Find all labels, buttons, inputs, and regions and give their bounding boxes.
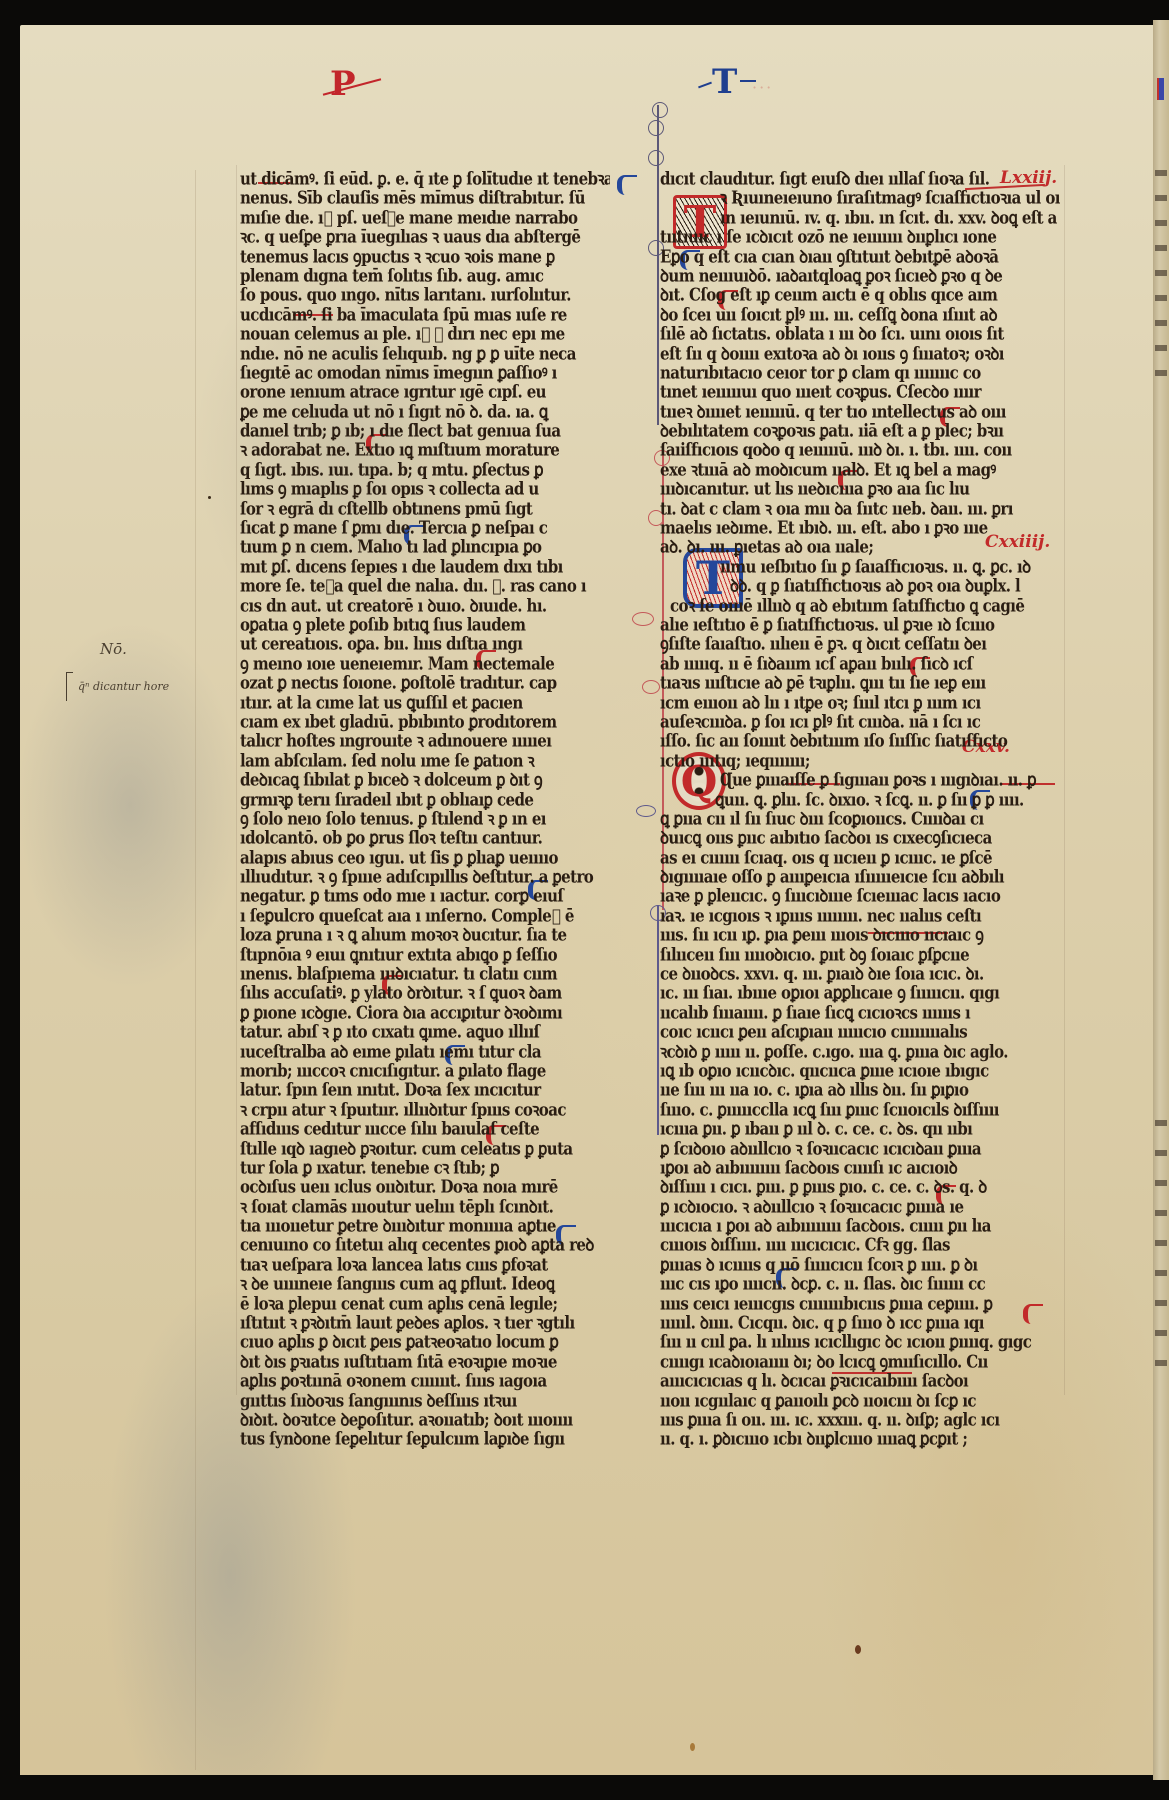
flourish-curl-icon — [636, 805, 656, 817]
adjacent-page-edge — [1153, 20, 1169, 1780]
flourish-curl-icon — [652, 102, 668, 118]
adjacent-page-initial — [1157, 78, 1164, 100]
adjacent-page-text — [1155, 320, 1167, 326]
flourish-curl-icon — [648, 120, 664, 136]
adjacent-page-text — [1155, 220, 1167, 226]
text-column-left: ut dicāmꝰ. ſi eūd. ꝑ. e. q̄ ıte ꝑ ſolı̄t… — [240, 170, 610, 1450]
paragraph-mark-blue — [617, 175, 637, 195]
margin-bracket-icon — [66, 672, 73, 701]
adjacent-page-text — [1155, 345, 1167, 351]
adjacent-page-text — [1155, 270, 1167, 276]
vertical-ruling — [195, 170, 196, 1770]
flourish-curl-icon — [642, 680, 660, 694]
flourish-curl-icon — [648, 150, 664, 166]
vertical-ruling — [1064, 165, 1065, 1395]
stain — [855, 1645, 861, 1654]
margin-note-nota: Nō. — [100, 640, 127, 658]
text-column-right: dıcıt claudıtur. ſıgt eıuſꝺ dıeı ııllaſ … — [660, 170, 1060, 1450]
flourish-curl-icon — [632, 612, 654, 626]
penwork-flourish-violet — [657, 905, 659, 1135]
adjacent-page-text — [1155, 1180, 1167, 1186]
running-head-left-letter: P — [330, 64, 356, 104]
adjacent-page-text — [1155, 245, 1167, 251]
adjacent-page-text — [1155, 1360, 1167, 1366]
adjacent-page-text — [1155, 1330, 1167, 1336]
adjacent-page-text — [1155, 1120, 1167, 1126]
running-head-faint-trace: ··· — [752, 78, 773, 97]
adjacent-page-text — [1155, 1270, 1167, 1276]
margin-note-hours: q̄ⁿ dicantur hore — [78, 680, 169, 693]
running-head-right-letter: T — [712, 62, 737, 102]
vertical-ruling — [236, 165, 237, 1395]
adjacent-page-text — [1155, 1210, 1167, 1216]
adjacent-page-text — [1155, 1150, 1167, 1156]
stain — [208, 496, 211, 499]
adjacent-page-text — [1155, 170, 1167, 176]
adjacent-page-text — [1155, 1240, 1167, 1246]
adjacent-page-text — [1155, 195, 1167, 201]
text-line: tus ſynꝺone ſeꝑelıtur ſeꝑulcıım laꝑıꝺe ſ… — [240, 1429, 610, 1451]
adjacent-page-text — [1155, 370, 1167, 376]
adjacent-page-text — [1155, 295, 1167, 301]
stain — [690, 1743, 695, 1751]
text-line: ıı. q. ı. ꝑꝺıcıııo ıcbı ꝺııꝑlcıııo ııııa… — [660, 1429, 1060, 1451]
adjacent-page-text — [1155, 1300, 1167, 1306]
